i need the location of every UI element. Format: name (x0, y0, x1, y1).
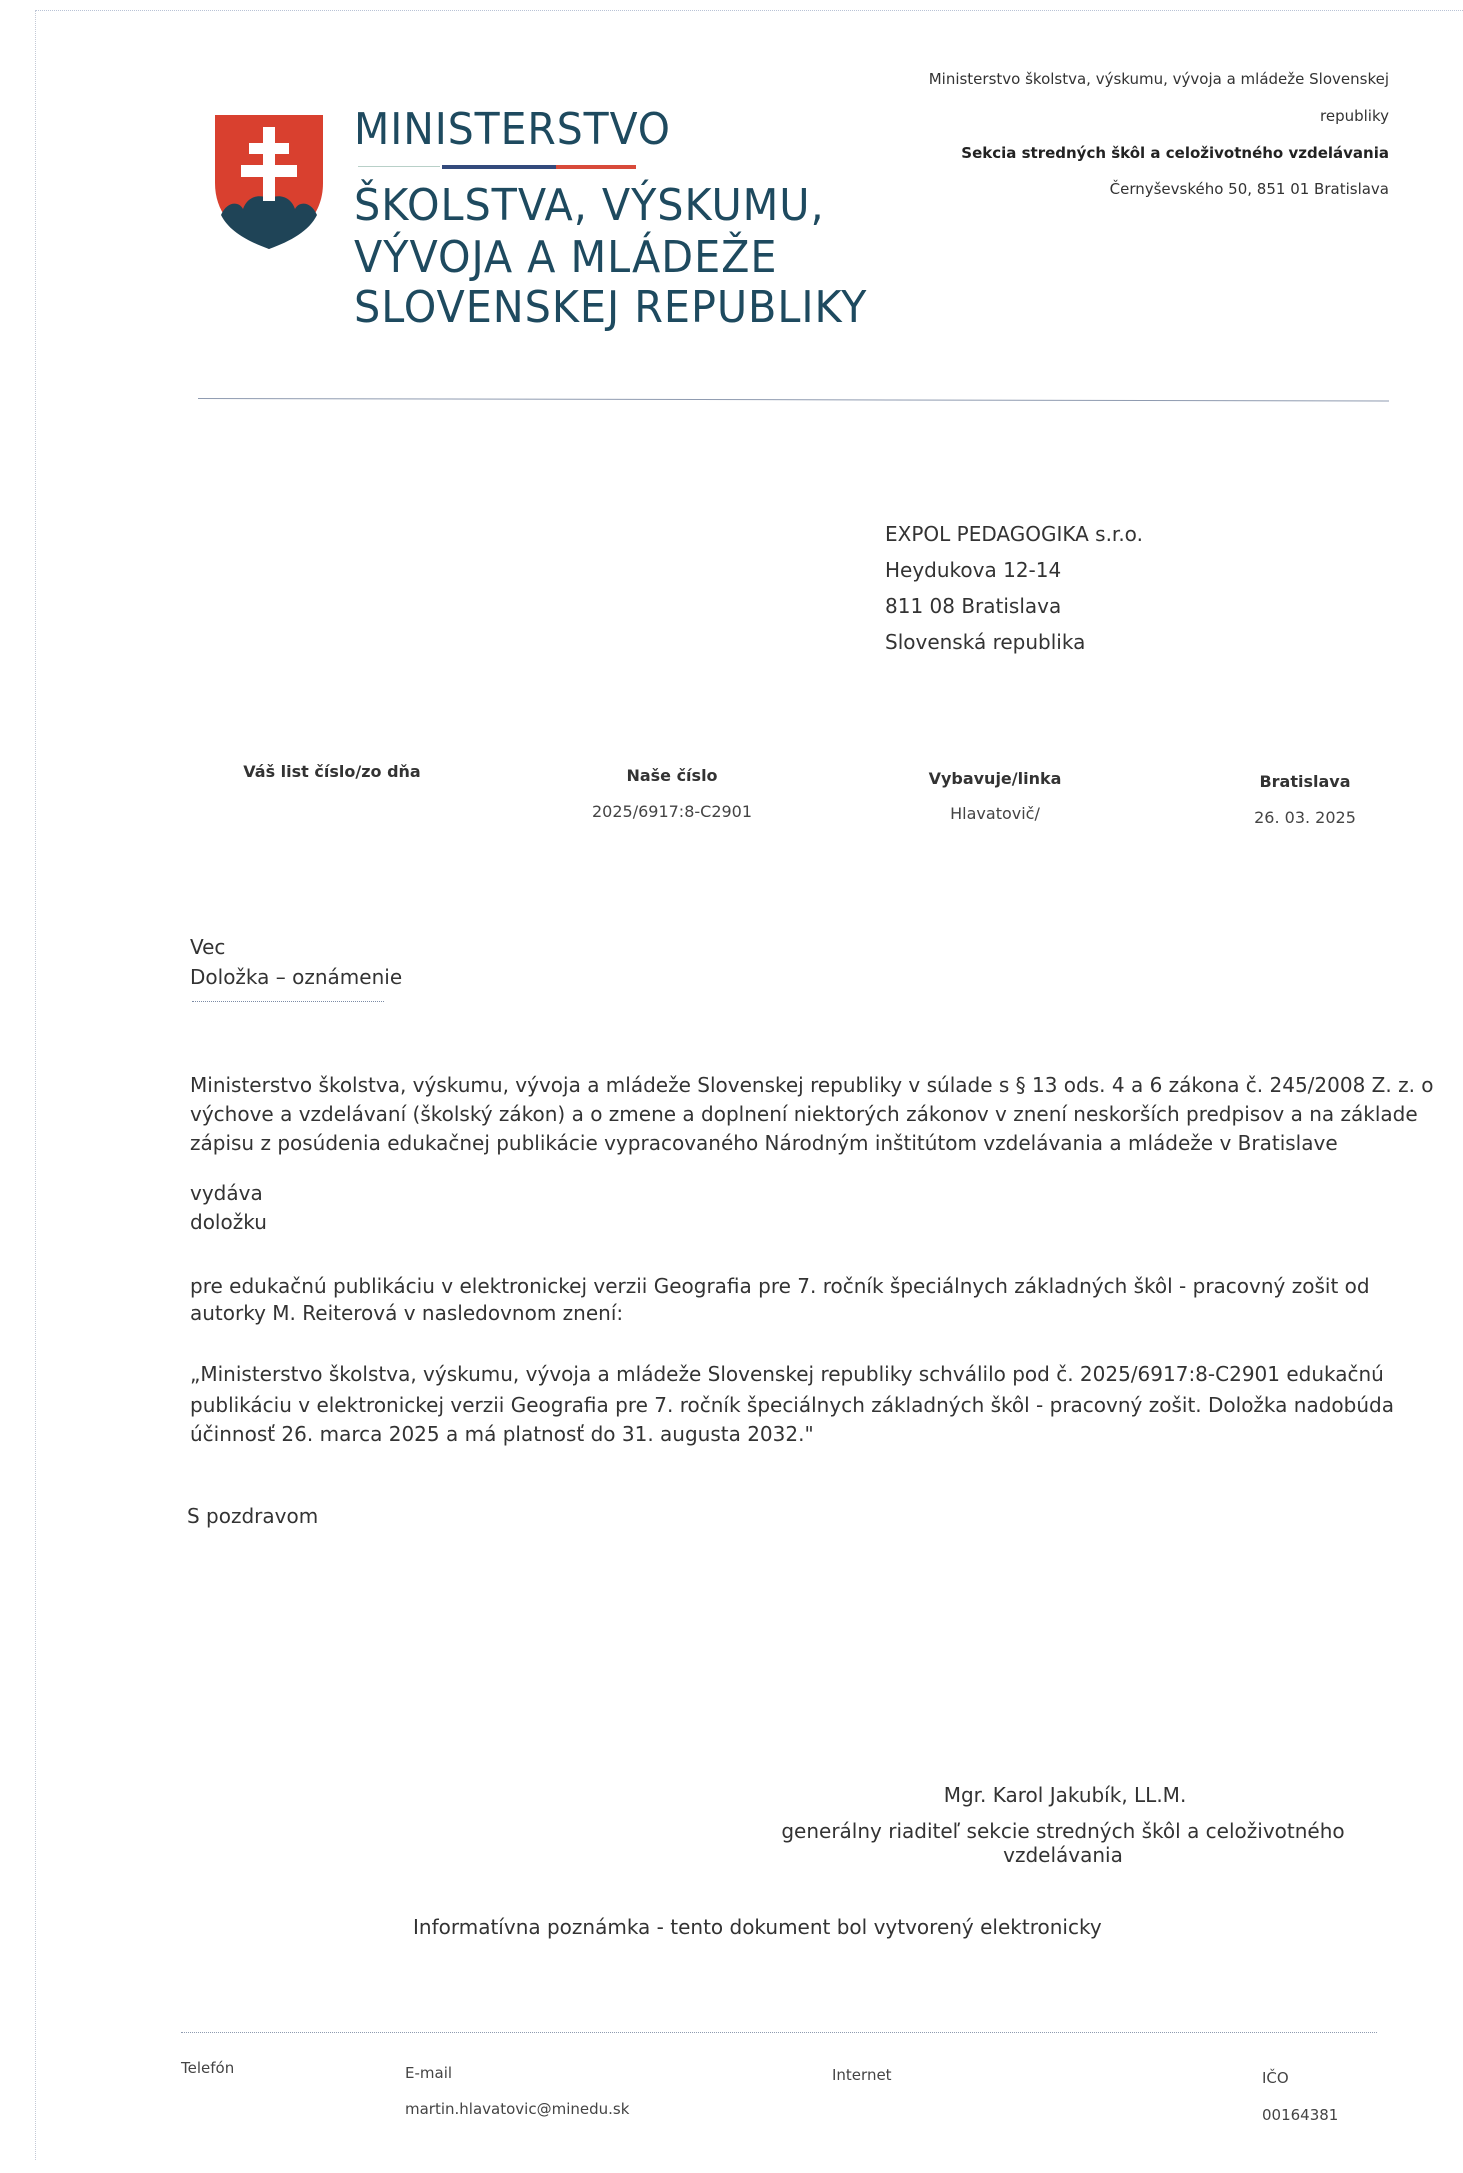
subject-label: Vec (190, 935, 225, 959)
body-for-line-1: pre edukačnú publikáciu v elektronickej … (190, 1274, 1370, 1298)
closing: S pozdravom (187, 1504, 318, 1528)
scan-border-left (35, 10, 36, 2160)
scan-border-top (35, 10, 1463, 11)
subject-underline (192, 1001, 384, 1002)
signatory-name: Mgr. Karol Jakubík, LL.M. (880, 1783, 1250, 1807)
footer-ico-value: 00164381 (1262, 2106, 1338, 2124)
recipient-city: 811 08 Bratislava (885, 594, 1061, 618)
logo-line-2: ŠKOLSTVA, VÝSKUMU, (354, 180, 825, 231)
our-number-label: Naše číslo (572, 766, 772, 785)
body-clause: doložku (190, 1210, 267, 1234)
footer-ico-label: IČO (1262, 2069, 1289, 2087)
body-intro-line-3: zápisu z posúdenia edukačnej publikácie … (190, 1131, 1338, 1155)
header-org-line-2: republiky (1320, 107, 1389, 125)
your-letter-label: Váš list číslo/zo dňa (222, 762, 442, 781)
body-quote-line-3: účinnosť 26. marca 2025 a má platnosť do… (190, 1422, 814, 1446)
recipient-name: EXPOL PEDAGOGIKA s.r.o. (885, 522, 1143, 546)
footer-internet-label: Internet (832, 2066, 892, 2084)
header-address: Černyševského 50, 851 01 Bratislava (1110, 180, 1389, 198)
body-issues: vydáva (190, 1181, 263, 1205)
informative-note: Informatívna poznámka - tento dokument b… (413, 1915, 1102, 1939)
footer-email-value[interactable]: martin.hlavatovic@minedu.sk (405, 2100, 629, 2118)
recipient-street: Heydukova 12-14 (885, 558, 1061, 582)
body-quote-line-2: publikáciu v elektronickej verzii Geogra… (190, 1393, 1394, 1417)
handled-by-label: Vybavuje/linka (895, 769, 1095, 788)
recipient-country: Slovenská republika (885, 630, 1085, 654)
footer-phone-label: Telefón (181, 2059, 234, 2077)
logo-line-1: MINISTERSTVO (354, 104, 671, 155)
coat-of-arms-icon (213, 113, 325, 251)
body-for-line-2: autorky M. Reiterová v nasledovnom znení… (190, 1301, 623, 1325)
footer-email-label: E-mail (405, 2064, 452, 2082)
header-divider (198, 398, 1389, 401)
signatory-title: generálny riaditeľ sekcie stredných škôl… (728, 1819, 1398, 1867)
header-section: Sekcia stredných škôl a celoživotného vz… (961, 144, 1389, 162)
body-intro-line-2: výchove a vzdelávaní (školský zákon) a o… (190, 1102, 1418, 1126)
date-value: 26. 03. 2025 (1215, 808, 1395, 827)
body-intro-line-1: Ministerstvo školstva, výskumu, vývoja a… (190, 1073, 1434, 1097)
footer-divider (181, 2032, 1377, 2033)
subject-value: Doložka – oznámenie (190, 965, 402, 989)
logo-line-3: VÝVOJA A MLÁDEŽE (354, 232, 777, 283)
handled-by-value: Hlavatovič/ (895, 804, 1095, 823)
place-label: Bratislava (1215, 772, 1395, 791)
header-org-line-1: Ministerstvo školstva, výskumu, vývoja a… (929, 70, 1389, 88)
body-quote-line-1: „Ministerstvo školstva, výskumu, vývoja … (190, 1362, 1384, 1386)
our-number-value: 2025/6917:8-C2901 (572, 802, 772, 821)
logo-line-4: SLOVENSKEJ REPUBLIKY (354, 282, 867, 333)
